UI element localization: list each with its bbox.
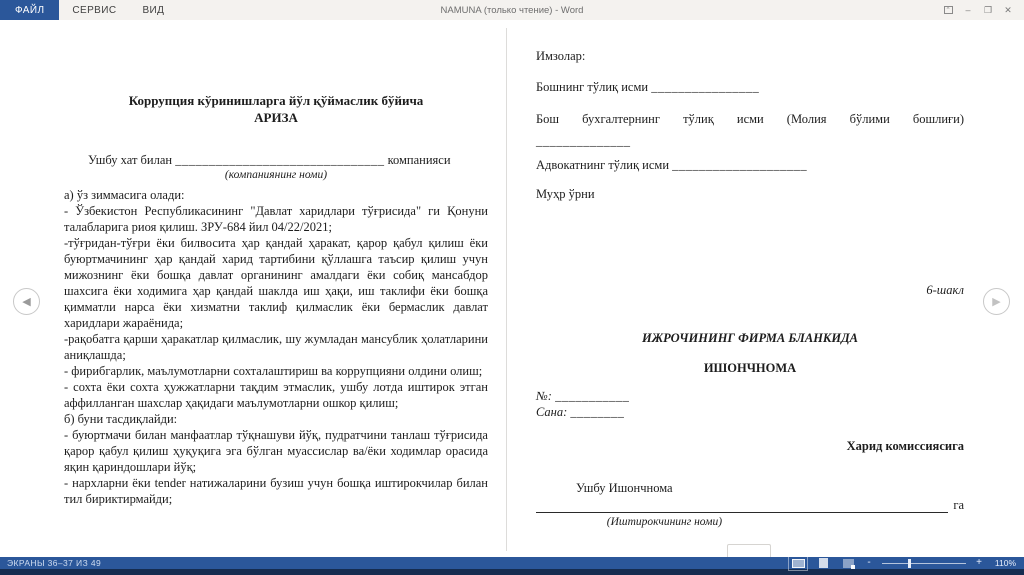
bottom-edge	[0, 569, 1024, 575]
zoom-level[interactable]: 110%	[992, 558, 1016, 568]
read-mode-icon[interactable]	[790, 558, 806, 569]
letterhead-note: ИЖРОЧИНИНГ ФИРМА БЛАНКИДА	[536, 330, 964, 346]
signatures-label: Имзолар:	[536, 48, 964, 64]
paragraph: - нархларни ёки tender натижаларини бузи…	[64, 475, 488, 507]
lawyer-blank: ____________________	[672, 158, 807, 172]
paragraph: -тўғридан-тўғри ёки билвосита ҳар қандай…	[64, 235, 488, 331]
window-controls: ^ – ❐ ✕	[938, 0, 1024, 20]
poa-title: ИШОНЧНОМА	[536, 360, 964, 376]
company-name-caption: (компаниянинг номи)	[64, 168, 488, 182]
document-area: Коррупция кўринишларга йўл қўймаслик бўй…	[0, 20, 1024, 557]
commission-label: Харид комиссиясига	[536, 438, 964, 454]
restore-icon[interactable]: ❐	[978, 1, 998, 19]
status-bar-right: - + 110%	[790, 558, 1024, 569]
status-bar: ЭКРАНЫ 36–37 ИЗ 49 - + 110%	[0, 557, 1024, 569]
paragraph: - фирибгарлик, маълумотларни сохталаштир…	[64, 363, 488, 379]
accountant-blank: ______________	[536, 133, 964, 149]
paragraph: - буюртмачи билан манфаатлар тўқнашуви й…	[64, 427, 488, 475]
zoom-slider-thumb[interactable]	[908, 559, 911, 568]
zoom-slider[interactable]	[882, 558, 966, 569]
participant-name-line: га	[536, 497, 964, 513]
form-number-label: 6-шакл	[536, 282, 964, 298]
web-layout-icon[interactable]	[840, 558, 856, 569]
lawyer-line: Адвокатнинг тўлиқ исми _________________…	[536, 157, 964, 173]
date-blank: ________	[570, 405, 624, 419]
title-bar: ФАЙЛ СЕРВИС ВИД NAMUNA (только чтение) -…	[0, 0, 1024, 20]
accountant-line: Бош бухгалтернинг тўлиқ исми (Молия бўли…	[536, 111, 964, 127]
date-line: Сана: ________	[536, 404, 964, 420]
paragraph: -рақобатга қарши ҳаракатлар қилмаслик, ш…	[64, 331, 488, 363]
print-layout-icon[interactable]	[815, 558, 831, 569]
tab-file[interactable]: ФАЙЛ	[0, 0, 59, 20]
participant-name-caption: (Иштирокчининг номи)	[536, 515, 793, 529]
number-blank: ___________	[555, 389, 629, 403]
left-screen: Коррупция кўринишларга йўл қўймаслик бўй…	[64, 20, 488, 507]
application-heading: Коррупция кўринишларга йўл қўймаслик бўй…	[64, 92, 488, 126]
participant-name-blank	[536, 500, 948, 513]
paragraph: б) буни тасдиқлайди:	[64, 411, 488, 427]
poa-intro: Ушбу Ишончнома	[536, 480, 964, 496]
heading-line-2: АРИЗА	[64, 109, 488, 126]
close-icon[interactable]: ✕	[998, 1, 1018, 19]
company-name-blank: _______________________________	[175, 153, 384, 167]
paragraph: - сохта ёки сохта ҳужжатларни тақдим этм…	[64, 379, 488, 411]
previous-screen-button[interactable]: ◀	[13, 288, 40, 315]
ribbon-display-options-icon[interactable]: ^	[938, 1, 958, 19]
screen-divider	[506, 28, 507, 551]
right-screen: Имзолар: Бошнинг тўлиқ исми ____________…	[536, 20, 964, 529]
number-line: №: ___________	[536, 388, 964, 404]
seal-label: Муҳр ўрни	[536, 186, 964, 202]
head-name-line: Бошнинг тўлиқ исми ________________	[536, 79, 964, 95]
heading-line-1: Коррупция кўринишларга йўл қўймаслик бўй…	[64, 92, 488, 109]
zoom-out-icon[interactable]: -	[865, 558, 873, 568]
next-screen-button[interactable]: ▶	[983, 288, 1010, 315]
paragraph: - Ўзбекистон Республикасининг "Давлат ха…	[64, 203, 488, 235]
screen-counter: ЭКРАНЫ 36–37 ИЗ 49	[0, 558, 101, 568]
application-body: а) ўз зиммасига олади: - Ўзбекистон Респ…	[64, 187, 488, 507]
head-name-blank: ________________	[651, 80, 759, 94]
zoom-in-icon[interactable]: +	[975, 558, 983, 568]
paragraph: а) ўз зиммасига олади:	[64, 187, 488, 203]
tab-view[interactable]: ВИД	[129, 0, 177, 20]
intro-line: Ушбу хат билан _________________________…	[64, 152, 488, 168]
minimize-icon[interactable]: –	[958, 1, 978, 19]
tab-service[interactable]: СЕРВИС	[59, 0, 129, 20]
